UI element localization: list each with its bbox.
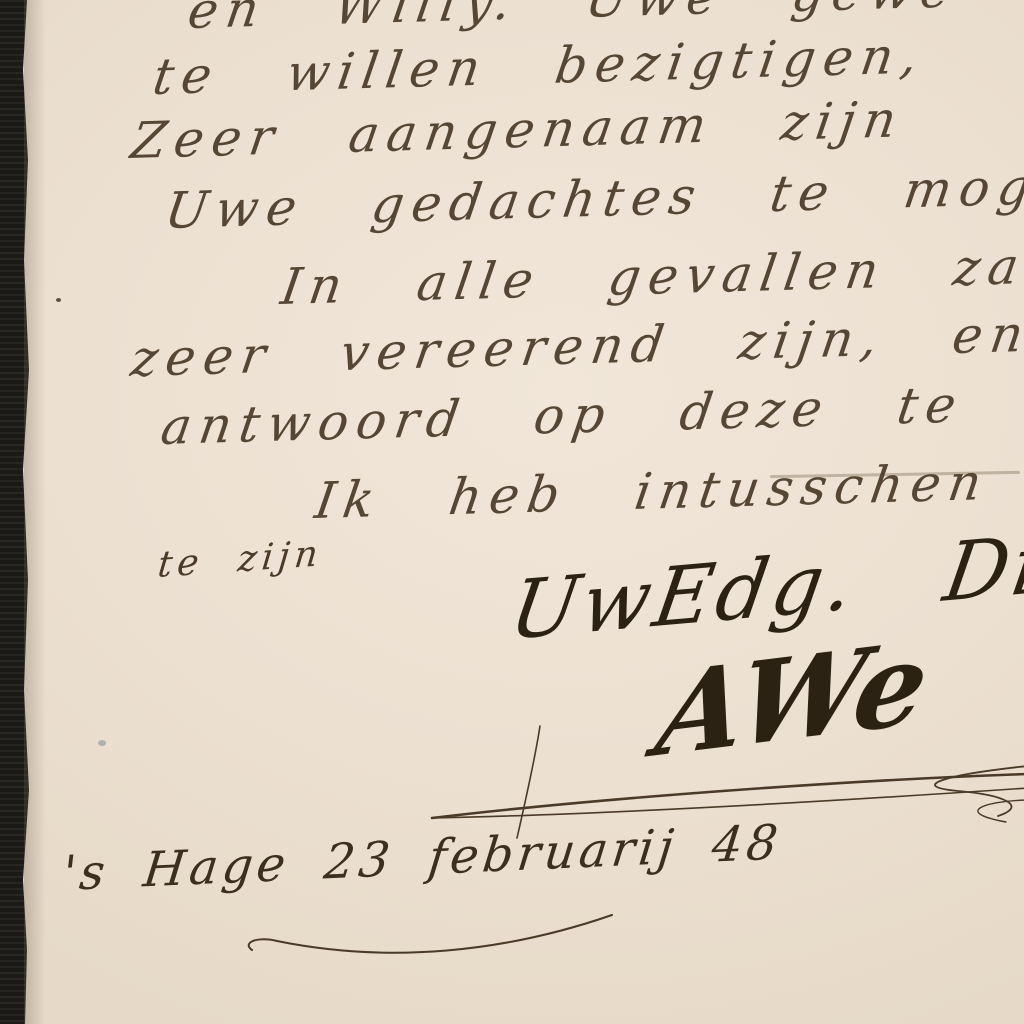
binding-edge <box>0 0 30 1024</box>
ink-speck <box>56 298 61 302</box>
signature-flourish-curl <box>935 766 1024 816</box>
letter-line: Ik heb intusschen de e <box>312 450 1024 526</box>
letter-scan: en Willy. Uwe gewe te willen bezigtigen,… <box>0 0 1024 1024</box>
letter-line: antwoord op deze te m <box>158 376 1024 452</box>
letter-line: In alle gevallen za <box>278 241 1024 312</box>
signature-flourish-stroke <box>432 788 1024 818</box>
signature-flourish-stroke <box>432 774 1024 818</box>
letter-line: Uwe gedachtes te moge <box>162 160 1024 236</box>
letter-line: zeer vereerend zijn, en h <box>128 306 1024 384</box>
letter-line: te zijn <box>156 536 324 584</box>
dateline: 's Hage 23 februarij 48 <box>60 818 784 898</box>
letter-ascender-stroke <box>517 726 540 838</box>
letter-line: te willen bezigtigen, <box>150 30 929 102</box>
signature-flourish-curl <box>978 800 1024 822</box>
letter-closing: UwEdg. Dien <box>505 515 1024 652</box>
signature: AWe <box>650 626 935 774</box>
paper-speck <box>98 740 106 746</box>
date-flourish <box>249 915 612 953</box>
letter-line: Zeer aangenaam zijn <box>128 94 907 166</box>
